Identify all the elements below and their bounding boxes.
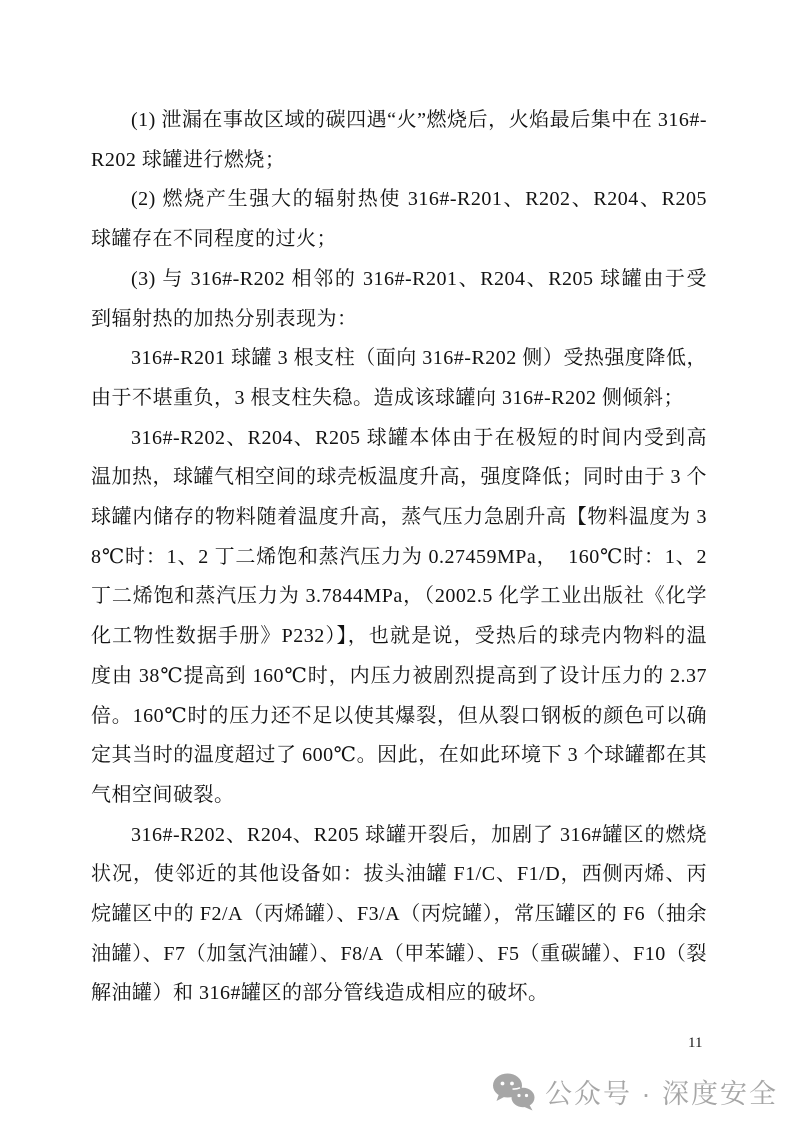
document-page: (1) 泄漏在事故区域的碳四遇“火”燃烧后，火焰最后集中在 316#-R202 … bbox=[0, 0, 794, 1123]
paragraph: 316#-R202、R204、R205 球罐本体由于在极短的时间内受到高温加热，… bbox=[91, 419, 707, 816]
paragraph: 316#-R202、R204、R205 球罐开裂后，加剧了 316#罐区的燃烧状… bbox=[91, 816, 707, 1015]
watermark-label: 公众号 · 深度安全 bbox=[545, 1072, 778, 1111]
wechat-icon bbox=[493, 1073, 535, 1111]
paragraph: (2) 燃烧产生强大的辐射热使 316#-R201、R202、R204、R205… bbox=[91, 180, 707, 259]
page-number: 11 bbox=[688, 1035, 702, 1052]
paragraph: (3) 与 316#-R202 相邻的 316#-R201、R204、R205 … bbox=[91, 260, 707, 339]
document-body: (1) 泄漏在事故区域的碳四遇“火”燃烧后，火焰最后集中在 316#-R202 … bbox=[91, 101, 707, 1014]
watermark: 公众号 · 深度安全 bbox=[493, 1072, 778, 1111]
paragraph: 316#-R201 球罐 3 根支柱（面向 316#-R202 侧）受热强度降低… bbox=[91, 339, 707, 418]
paragraph: (1) 泄漏在事故区域的碳四遇“火”燃烧后，火焰最后集中在 316#-R202 … bbox=[91, 101, 707, 180]
